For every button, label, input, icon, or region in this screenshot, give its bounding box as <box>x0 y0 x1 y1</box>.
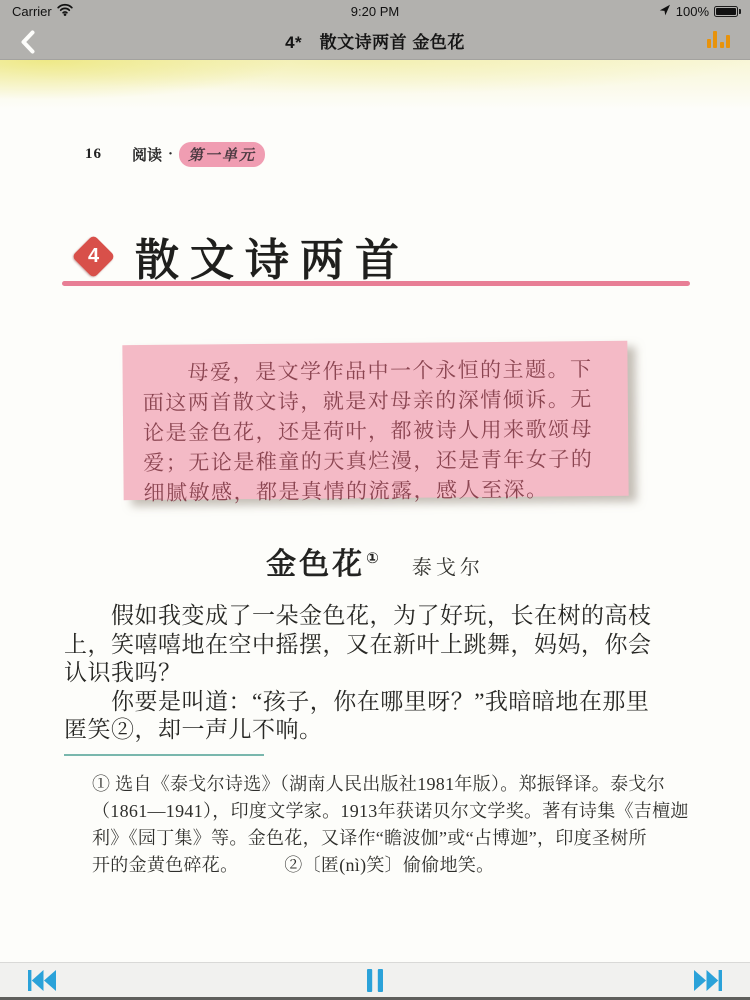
page-top-tint <box>0 60 750 150</box>
footnotes: ① 选自《泰戈尔诗选》（湖南人民出版社1981年版）。郑振铎译。泰戈尔 （186… <box>92 771 700 879</box>
unit-separator: · <box>168 146 173 163</box>
navigation-bar: 4* 散文诗两首 金色花 <box>0 22 750 60</box>
previous-track-button[interactable] <box>28 970 56 991</box>
pause-icon <box>367 969 383 992</box>
intro-box: 母爱，是文学作品中一个永恒的主题。下 面这两首散文诗，就是对母亲的深情倾诉。无 … <box>122 341 628 500</box>
title-underline <box>62 281 690 286</box>
unit-highlight: 第一单元 <box>179 142 265 167</box>
poem-heading: 金色花① 泰戈尔 <box>0 539 750 583</box>
previous-track-icon <box>28 970 56 991</box>
lesson-heading: 4 散文诗两首 <box>78 224 410 288</box>
intro-text: 母爱，是文学作品中一个永恒的主题。下 面这两首散文诗，就是对母亲的深情倾诉。无 … <box>142 354 608 508</box>
next-track-button[interactable] <box>694 970 722 991</box>
pause-button[interactable] <box>367 969 383 992</box>
playback-toolbar <box>0 962 750 1000</box>
battery-percent: 100% <box>676 4 709 19</box>
lesson-number: 4 <box>88 245 99 268</box>
poem-title: 金色花① <box>266 539 382 583</box>
page-number: 16 <box>85 146 102 163</box>
poem-body: 假如我变成了一朵金色花，为了好玩，长在树的高枝 上，笑嘻嘻地在空中摇摆，又在新叶… <box>64 602 700 745</box>
wifi-icon <box>57 3 73 19</box>
lesson-number-badge: 4 <box>72 234 116 278</box>
nav-title: 4* 散文诗两首 金色花 <box>0 28 750 53</box>
running-head: 16 阅读 · 第一单元 <box>85 142 265 167</box>
battery-icon <box>714 6 738 17</box>
footnote-rule <box>64 754 264 756</box>
bar-chart-icon <box>707 30 731 48</box>
next-track-icon <box>694 970 722 991</box>
back-button[interactable] <box>18 28 37 59</box>
footnote-ref-1: ① <box>366 550 382 567</box>
unit-label: 阅读 <box>132 144 162 165</box>
status-bar: 9:20 PM Carrier 100% <box>0 0 750 22</box>
app-screen: 9:20 PM Carrier 100% 4* 散文诗两首 金色花 <box>0 0 750 1000</box>
stats-button[interactable] <box>707 30 731 48</box>
carrier-label: Carrier <box>12 4 52 19</box>
textbook-page[interactable]: 16 阅读 · 第一单元 4 散文诗两首 母爱，是文学作品中一个永恒的主题。下 … <box>0 60 750 962</box>
chevron-left-icon <box>20 42 35 57</box>
location-arrow-icon <box>659 4 671 19</box>
clock: 9:20 PM <box>0 4 750 19</box>
poem-author: 泰戈尔 <box>412 551 484 580</box>
lesson-title: 散文诗两首 <box>135 224 410 288</box>
